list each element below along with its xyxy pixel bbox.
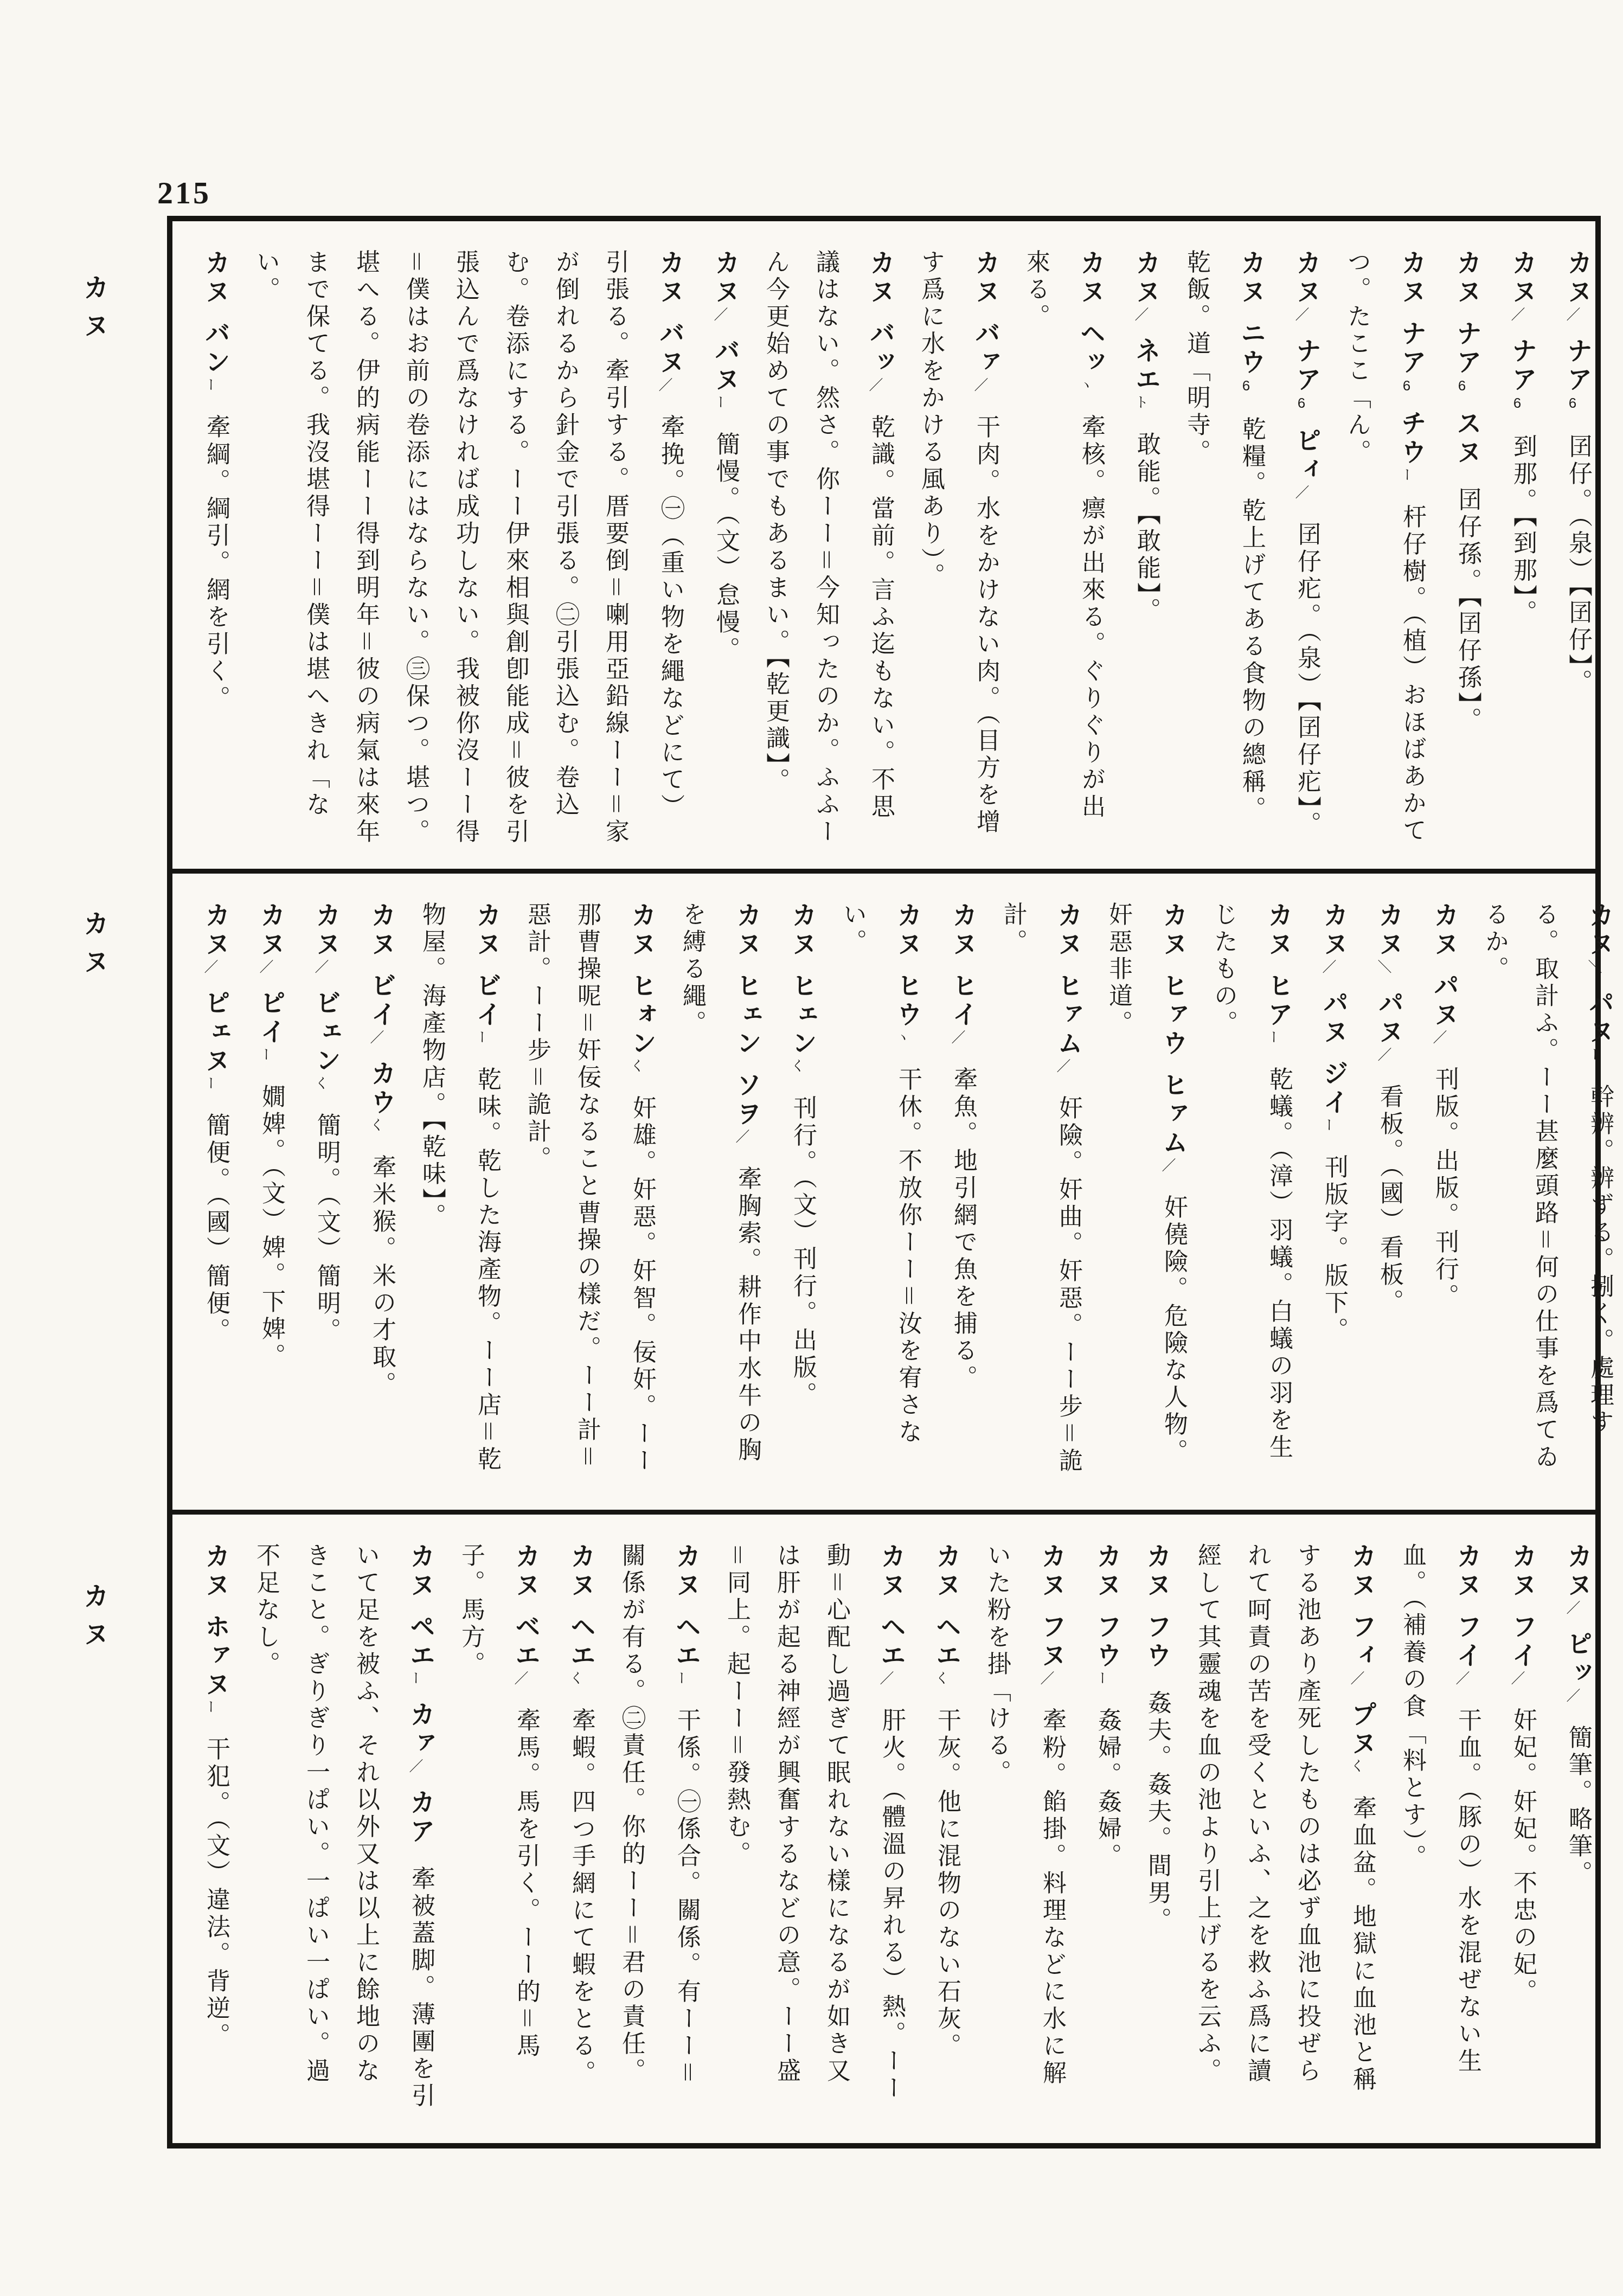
headword-kana: ナア — [1398, 320, 1427, 377]
headword-kana: カア — [407, 1789, 435, 1846]
headword-kana: カヌ — [312, 902, 341, 959]
definition-text: 干灰。他に混物のない石灰。 — [934, 1708, 960, 2060]
headword-kana: カヌ — [1054, 902, 1083, 959]
definition-text: 囝仔。（泉）【囝仔】。 — [1565, 434, 1592, 696]
tone-mark: ー — [1094, 1671, 1110, 1688]
headword-kana: ホァヌ — [202, 1613, 230, 1699]
headword-kana: バヌ — [656, 320, 685, 377]
headword-kana: ピェヌ — [202, 990, 230, 1076]
tone-mark: ／ — [950, 1030, 966, 1047]
tone-mark: ー — [1265, 1030, 1281, 1047]
dictionary-entry: カヌ＼パヌ／看板。（國）看板。 — [1359, 902, 1414, 1487]
tone-mark: ／ — [1349, 1671, 1365, 1688]
headword-kana: カヌ — [1453, 1543, 1482, 1600]
definition-text: 嫺婢。（文）婢。下婢。 — [258, 1084, 285, 1370]
headword-kana: ピイ — [257, 990, 286, 1047]
headword-kana: カヌ — [1564, 1543, 1593, 1600]
dictionary-entry: カヌヘエく干灰。他に混物のない石灰。 — [916, 1543, 972, 2111]
dictionary-entry: カヌ／ナア6ピィ／囝仔疕。（泉）【囝仔疕】。 — [1276, 249, 1332, 846]
headword-kana: カヌ — [1375, 902, 1404, 959]
headword-kana: パヌ — [1320, 990, 1349, 1047]
tone-mark: ／ — [512, 1671, 529, 1688]
tone-mark: ー — [1399, 467, 1415, 485]
headword-kana: ヒア — [1265, 972, 1293, 1030]
headword-kana: カヌ — [1237, 249, 1266, 307]
headword-kana: ヘエ — [933, 1613, 961, 1671]
dictionary-entry: カヌビイー乾味。乾した海產物。ーー店＝乾物屋。海產物店。【乾味】。 — [407, 902, 512, 1487]
tone-mark: 6 — [1238, 377, 1254, 397]
dictionary-entry: カヌパヌ／刊版。出版。刊行。 — [1414, 902, 1470, 1487]
dictionary-entry: カヌフウ姦夫。姦夫。間男。 — [1132, 1543, 1182, 2111]
headword-kana: ソヲ — [733, 1072, 762, 1129]
headword-kana: ピィ — [1293, 427, 1322, 485]
dictionary-entry: カヌヘエ／肝火。（體溫の昇れる）熱。ーー動＝心配し過ぎて眠れない樣になるが如き又… — [711, 1543, 916, 2111]
headword-kana: ビェン — [312, 990, 341, 1076]
definition-text: 奸妃。奸妃。不忠の妃。 — [1510, 1708, 1536, 2006]
headword-kana: カウ — [368, 1060, 396, 1118]
band-top: カヌ／ナア6囝仔。（泉）【囝仔】。カヌ／ナア6到那。【到那】。カヌナア6スヌ囝仔… — [172, 221, 1595, 869]
tone-mark: く — [313, 1076, 329, 1093]
tone-mark: ／ — [1509, 307, 1525, 324]
dictionary-entry: カヌフヌ／牽粉。餡掛。料理などに水に解いた粉を掛「ける。 — [972, 1543, 1077, 2111]
headword-kana: バァ — [972, 320, 1000, 377]
headword-kana: ナア — [1564, 337, 1593, 395]
headword-kana: カヌ — [1265, 902, 1293, 959]
tone-mark: ー — [407, 1671, 424, 1688]
headword-kana: カヌ — [1564, 249, 1593, 307]
dictionary-entry: カヌヘエく牽蝦。四つ手網にて蝦をとる。 — [551, 1543, 606, 2111]
tone-mark: ／ — [1376, 1047, 1392, 1064]
headword-kana: ヘエ — [672, 1613, 701, 1671]
tone-mark: ー — [258, 1047, 274, 1064]
page-frame: カヌ／ナア6囝仔。（泉）【囝仔】。カヌ／ナア6到那。【到那】。カヌナア6スヌ囝仔… — [167, 216, 1601, 2149]
headword-kana: ヒウ — [894, 972, 922, 1030]
definition-text: 姦夫。姦夫。間男。 — [1144, 1690, 1171, 1934]
tone-mark: ト — [1133, 395, 1149, 412]
definition-text: 看板。（國）看板。 — [1376, 1084, 1403, 1316]
tone-mark: ー — [473, 1030, 490, 1047]
headword-kana: ピッ — [1564, 1631, 1593, 1688]
dictionary-page: 215 カヌ カヌ カヌ カヌ／ナア6囝仔。（泉）【囝仔】。カヌ／ナア6到那。【… — [0, 0, 1623, 2296]
headword-kana: ペエ — [407, 1613, 435, 1671]
dictionary-entry: カヌヒァウヒァム／奸僥險。危險な人物。奸惡非道。 — [1093, 902, 1198, 1487]
definition-text: 簡便。（國）簡便。 — [203, 1113, 229, 1345]
tone-mark: 6 — [1509, 395, 1525, 414]
tone-mark: ー — [712, 395, 728, 412]
definition-text: 簡慢。（文）怠慢。 — [713, 432, 739, 664]
tone-mark: ／ — [1293, 307, 1310, 324]
headword-kana: フヌ — [1038, 1613, 1067, 1671]
headword-kana: プヌ — [1348, 1701, 1377, 1759]
headword-kana: カヌ — [202, 1543, 230, 1600]
tone-mark: ／ — [1564, 1688, 1581, 1705]
headword-kana: カヌ — [1143, 1543, 1172, 1600]
dictionary-entry: カヌ／ビェンく簡明。（文）簡明。 — [296, 902, 351, 1487]
headword-kana: カヌ — [949, 902, 978, 959]
headword-kana: ヒェン — [788, 972, 817, 1059]
dictionary-entry: カヌフイ／奸妃。奸妃。不忠の妃。 — [1492, 1543, 1548, 2111]
headword-kana: パヌ — [1586, 990, 1614, 1047]
tone-mark: ー — [1586, 1047, 1602, 1064]
headword-kana: カヌ — [1398, 249, 1427, 307]
headword-kana: パヌ — [1430, 972, 1459, 1030]
tone-mark: ／ — [368, 1030, 384, 1047]
headword-kana: カヌ — [894, 902, 922, 959]
headword-kana: カヌ — [1586, 902, 1614, 959]
definition-text: 幹辨。辨ずる。捌く。處理する。取計ふ。ーー甚麼頭路＝何の仕事を爲てゐるか。 — [1481, 902, 1613, 1471]
dictionary-entry: カヌフィ／プヌく牽血盆。地獄に血池と稱する池あり產死したものは必ず血池に投ぜられ… — [1182, 1543, 1387, 2111]
definition-text: 敢能。【敢能】。 — [1133, 432, 1160, 625]
definition-text: 簡明。（文）簡明。 — [313, 1113, 340, 1345]
dictionary-entry: カヌヒァム／奸險。奸曲。奸惡。ーー步＝詭計。 — [988, 902, 1093, 1487]
band-middle: カヌパッ／乾識。（同）【乾識】。カヌ／パヌ／簡板。樂器の名。カヌ＼パヌー幹辨。辨… — [172, 869, 1595, 1510]
headword-kana: カヌ — [1509, 249, 1537, 307]
entry-list-bottom: カヌ／ピッ／簡筆。略筆。カヌフイ／奸妃。奸妃。不忠の妃。カヌフイ／干血。（豚の）… — [172, 1515, 1623, 2133]
headword-kana: ヒァウ — [1159, 972, 1188, 1059]
definition-text: 姦婦。姦婦。 — [1094, 1708, 1121, 1870]
headword-kana: カヌ — [567, 1543, 596, 1600]
tone-mark: ／ — [407, 1759, 424, 1776]
headword-kana: ヒァム — [1054, 972, 1083, 1059]
dictionary-entry: カヌバヌ／牽挽。㊀（重い物を繩などにて）引張る。牽引する。厝要倒＝喇用亞鉛線ーー… — [241, 249, 695, 846]
definition-text: 囝仔孫。【囝仔孫】。 — [1454, 487, 1481, 734]
tone-mark: ／ — [1431, 1030, 1447, 1047]
headword-kana: ヒェン — [733, 972, 762, 1059]
dictionary-entry: カヌバァ／干肉。水をかけない肉。（目方を增す爲に水をかける風あり）。 — [906, 249, 1011, 846]
dictionary-entry: カヌバンー牽綱。綱引。網を引く。 — [185, 249, 241, 846]
dictionary-entry: カヌニウ6乾糧。乾上げてある食物の總稱。乾飯。道「明寺。 — [1171, 249, 1276, 846]
headword-kana: カヌ — [1348, 1543, 1377, 1600]
dictionary-entry: カヌ／ピッ／簡筆。略筆。 — [1548, 1543, 1603, 2111]
definition-text: 刊行。（文）刊行。出版。 — [790, 1095, 816, 1409]
tone-mark: ／ — [258, 959, 274, 977]
dictionary-entry: カヌバッ／乾識。當前。言ふ迄もない。不思議はない。然さ。你ーー＝今知ったのか。ふ… — [750, 249, 906, 846]
dictionary-entry: カヌヒォンく奸雄。奸惡。奸智。佞奸。ーー那曹操呢＝奸佞なること曹操の樣だ。ーー計… — [512, 902, 667, 1487]
definition-text: 刊版。出版。刊行。 — [1432, 1067, 1458, 1311]
headword-kana: カヌ — [877, 1543, 906, 1600]
headword-kana: カヌ — [1430, 902, 1459, 959]
dictionary-entry: カヌ／ピェヌー簡便。（國）簡便。 — [185, 902, 241, 1487]
tone-mark: ー — [673, 1671, 689, 1688]
headword-kana: ニウ — [1237, 320, 1266, 377]
tone-mark: く — [368, 1118, 384, 1135]
entry-list-middle: カヌパッ／乾識。（同）【乾識】。カヌ／パヌ／簡板。樂器の名。カヌ＼パヌー幹辨。辨… — [172, 874, 1623, 1510]
tone-mark: ／ — [734, 1129, 750, 1146]
headword-kana: カヌ — [257, 902, 286, 959]
definition-text: 囝仔疕。（泉）【囝仔疕】。 — [1294, 522, 1320, 838]
tone-mark: ／ — [867, 377, 883, 395]
definition-text: 簡筆。略筆。 — [1565, 1725, 1592, 1888]
definition-text: 牽蝦。四つ手網にて蝦をとる。 — [568, 1708, 595, 2087]
tone-mark: ／ — [1133, 307, 1149, 324]
tone-mark: く — [628, 1059, 645, 1076]
tone-mark: ／ — [1509, 1671, 1525, 1688]
headword-kana: カヌ — [628, 902, 657, 959]
tone-mark: ／ — [712, 307, 728, 324]
dictionary-entry: カヌ／ナア6到那。【到那】。 — [1492, 249, 1548, 846]
dictionary-entry: カヌナア6スヌ囝仔孫。【囝仔孫】。 — [1437, 249, 1492, 846]
headword-kana: ナア — [1293, 337, 1322, 395]
headword-kana: カヌ — [1509, 1543, 1537, 1600]
headword-kana: カヌ — [202, 249, 230, 307]
headword-kana: カヌ — [1293, 249, 1322, 307]
dictionary-entry: カヌヒェンソヲ／牽胸索。耕作中水牛の胸を縛る繩。 — [667, 902, 772, 1487]
dictionary-entry: カヌ＼パヌー幹辨。辨ずる。捌く。處理する。取計ふ。ーー甚麼頭路＝何の仕事を爲てゐ… — [1470, 902, 1623, 1487]
headword-kana: カヌ — [407, 1543, 435, 1600]
headword-kana: パヌ — [1375, 990, 1404, 1047]
tone-mark: ＼ — [1376, 959, 1392, 977]
headword-kana: ベエ — [512, 1613, 541, 1671]
headword-kana: カヌ — [368, 902, 396, 959]
definition-text: 牽綱。綱引。網を引く。 — [203, 414, 229, 713]
headword-kana: カヌ — [972, 249, 1000, 307]
band-bottom: カヌ／ピッ／簡筆。略筆。カヌフイ／奸妃。奸妃。不忠の妃。カヌフイ／干血。（豚の）… — [172, 1510, 1595, 2133]
dictionary-entry: カヌ／ナア6囝仔。（泉）【囝仔】。 — [1548, 249, 1603, 846]
headword-kana: カヌ — [672, 1543, 701, 1600]
headword-kana: フイ — [1509, 1613, 1537, 1671]
dictionary-entry: カヌヒイ／牽魚。地引網で魚を捕る。 — [933, 902, 988, 1487]
tone-mark: く — [568, 1671, 584, 1688]
tone-mark: 6 — [1399, 377, 1415, 397]
dictionary-entry: カヌヘエー干係。㊀係合。關係。有ーー＝關係が有る。㊁責任。你的ーー＝君の責任。 — [606, 1543, 711, 2111]
tone-mark: ／ — [972, 377, 989, 395]
tone-mark: ／ — [202, 959, 219, 977]
headword-kana: フイ — [1453, 1613, 1482, 1671]
dictionary-entry: カヌフイ／干血。（豚の）水を混ぜない生血。（補養の食「料とす）。 — [1387, 1543, 1492, 2111]
headword-kana: ヘエ — [567, 1613, 596, 1671]
headword-kana: ビイ — [473, 972, 502, 1030]
headword-kana: カヌ — [1038, 1543, 1067, 1600]
headword-kana: カヌ — [473, 902, 502, 959]
tone-mark: ／ — [1160, 1158, 1176, 1175]
dictionary-entry: カヌヒェンく刊行。（文）刊行。出版。 — [772, 902, 827, 1487]
tone-mark: ／ — [1055, 1059, 1071, 1076]
headword-kana: チウ — [1398, 410, 1427, 467]
headword-kana: カヌ — [1132, 249, 1161, 307]
headword-kana: カヌ — [711, 249, 740, 307]
definition-text: 到那。【到那】。 — [1510, 434, 1536, 627]
tone-mark: ヽ — [894, 1030, 910, 1047]
headword-kana: ヒォン — [628, 972, 657, 1059]
headword-kana: ナア — [1509, 337, 1537, 395]
headword-kana: バン — [202, 320, 230, 377]
headword-kana: カヌ — [733, 902, 762, 959]
tone-mark: ／ — [1454, 1671, 1470, 1688]
tone-mark: ／ — [878, 1671, 894, 1688]
headword-kana: ヘエ — [877, 1613, 906, 1671]
headword-kana: カヌ — [933, 1543, 961, 1600]
headword-kana: カヌ — [1453, 249, 1482, 307]
entry-list-top: カヌ／ナア6囝仔。（泉）【囝仔】。カヌ／ナア6到那。【到那】。カヌナア6スヌ囝仔… — [172, 221, 1623, 869]
tone-mark: ／ — [657, 377, 673, 395]
tone-mark: 6 — [1454, 377, 1470, 397]
definition-text: 牽挽。㊀（重い物を繩などにて）引張る。牽引する。厝要倒＝喇用亞鉛線ーー＝家が倒れ… — [253, 249, 684, 846]
dictionary-entry: カヌヘッヽ牽核。瘭が出來る。ぐりぐりが出來る。 — [1011, 249, 1116, 846]
tone-mark: ／ — [1564, 1600, 1581, 1618]
headword-kana: フウ — [1093, 1613, 1122, 1671]
tone-mark: ー — [202, 1076, 219, 1093]
dictionary-entry: カヌペエーカァ／カア牽被蓋脚。薄團を引いて足を被ふ、それ以外又は以上に餘地のなき… — [241, 1543, 446, 2111]
tone-mark: ー — [202, 377, 219, 395]
headword-kana: カヌ — [656, 249, 685, 307]
dictionary-entry: カヌホァヌー干犯。（文）違法。背逆。 — [185, 1543, 241, 2111]
tone-mark: ／ — [1320, 959, 1337, 977]
headword-kana: フウ — [1143, 1613, 1172, 1671]
tone-mark: く — [789, 1059, 805, 1076]
dictionary-entry: カヌビイ／カウく牽米猴。米の才取。 — [351, 902, 407, 1487]
headword-kana: ジイ — [1320, 1060, 1349, 1118]
margin-guide-word-middle: カヌ — [75, 910, 112, 986]
headword-kana: ネエ — [1132, 337, 1161, 395]
headword-kana: バヌ — [711, 337, 740, 395]
dictionary-entry: カヌヒウヽ干休。不放你ーー＝汝を宥さない。 — [827, 902, 933, 1487]
headword-kana: ビイ — [368, 972, 396, 1030]
headword-kana: ナア — [1453, 320, 1482, 377]
dictionary-entry: カヌ／バヌー簡慢。（文）怠慢。 — [695, 249, 750, 846]
dictionary-entry: カヌ／ピイー嫺婢。（文）婢。下婢。 — [241, 902, 296, 1487]
tone-mark: ／ — [1564, 307, 1581, 324]
headword-kana: カヌ — [202, 902, 230, 959]
margin-guide-word-bottom: カヌ — [75, 1582, 112, 1658]
definition-text: 刊版字。版下。 — [1321, 1155, 1348, 1344]
headword-kana: スヌ — [1453, 410, 1482, 467]
dictionary-entry: カヌナア6チウー杆仔樹。（植）おほばあかてつ。たここ「ん。 — [1332, 249, 1437, 846]
dictionary-entry: カヌフウー姦婦。姦婦。 — [1077, 1543, 1132, 2111]
headword-kana: カヌ — [1093, 1543, 1122, 1600]
dictionary-entry: カヌ／パヌジイー刊版字。版下。 — [1304, 902, 1359, 1487]
tone-mark: 6 — [1293, 395, 1310, 414]
dictionary-entry: カヌベエ／牽馬。馬を引く。ーー的＝馬子。馬方。 — [446, 1543, 551, 2111]
tone-mark: ー — [1320, 1118, 1337, 1135]
margin-guide-word-top: カヌ — [75, 274, 112, 350]
headword-kana: ヒァム — [1159, 1072, 1188, 1158]
headword-kana: カァ — [407, 1701, 435, 1759]
tone-mark: ＼ — [1586, 959, 1602, 977]
tone-mark: ／ — [1293, 485, 1310, 502]
headword-kana: フィ — [1348, 1613, 1377, 1671]
tone-mark: く — [1349, 1759, 1365, 1776]
definition-text: 牽米猴。米の才取。 — [369, 1155, 395, 1399]
headword-kana: カヌ — [1320, 902, 1349, 959]
headword-kana: バッ — [867, 320, 895, 377]
definition-text: 牽魚。地引網で魚を捕る。 — [950, 1067, 977, 1392]
tone-mark: ／ — [1038, 1671, 1055, 1688]
tone-mark: ー — [202, 1699, 219, 1717]
dictionary-entry: カヌヒアー乾蟻。（漳）羽蟻。白蟻の羽を生じたもの。 — [1198, 902, 1304, 1487]
headword-kana: ヘッ — [1077, 320, 1106, 377]
headword-kana: カヌ — [1077, 249, 1106, 307]
tone-mark: 6 — [1564, 395, 1581, 414]
page-number: 215 — [157, 175, 211, 211]
tone-mark: ヽ — [1077, 377, 1094, 395]
headword-kana: ヒイ — [949, 972, 978, 1030]
tone-mark: ／ — [313, 959, 329, 977]
headword-kana: カヌ — [512, 1543, 541, 1600]
definition-text: 干犯。（文）違法。背逆。 — [203, 1736, 229, 2050]
headword-kana: カヌ — [1159, 902, 1188, 959]
headword-kana: カヌ — [788, 902, 817, 959]
dictionary-entry: カヌ／ネエト敢能。【敢能】。 — [1116, 249, 1171, 846]
headword-kana: カヌ — [867, 249, 895, 307]
tone-mark: く — [933, 1671, 950, 1688]
